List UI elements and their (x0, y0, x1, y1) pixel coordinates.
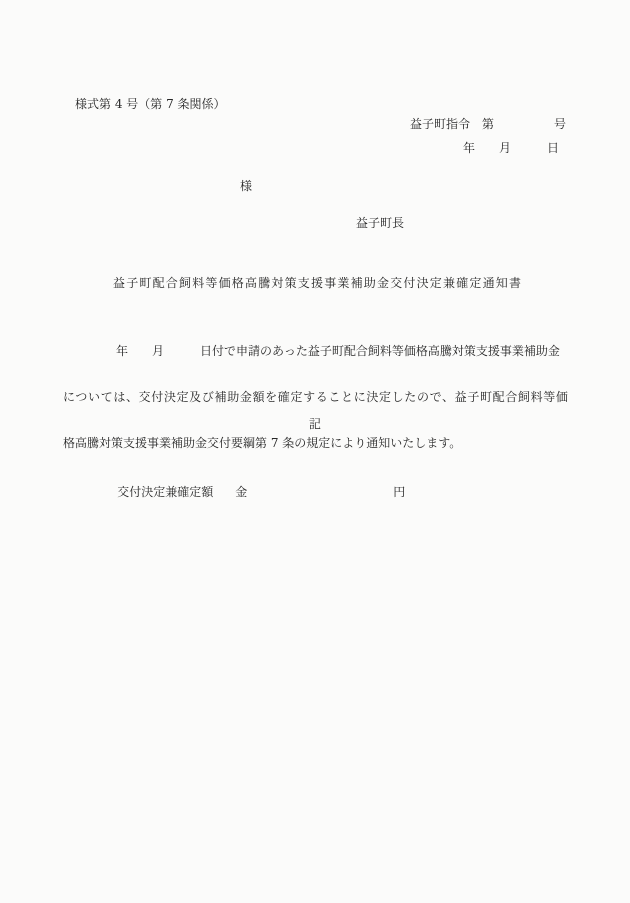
document-title: 益子町配合飼料等価格高騰対策支援事業補助金交付決定兼確定通知書 (113, 277, 522, 289)
amount-unit: 円 (393, 485, 405, 499)
issue-date-line: 年 月 日 (463, 142, 559, 154)
body-line-3: 格高騰対策支援事業補助金交付要綱第 7 条の規定により通知いたします。 (63, 432, 583, 454)
amount-label: 交付決定兼確定額 (117, 485, 213, 499)
body-paragraph: 年 月 日付で申請のあった益子町配合飼料等価格高騰対策支援事業補助金 については… (63, 316, 583, 478)
body-line-1: 年 月 日付で申請のあった益子町配合飼料等価格高騰対策支援事業補助金 (63, 340, 583, 362)
directive-number-line: 益子町指令 第 号 (410, 118, 566, 130)
record-marker: 記 (0, 418, 630, 430)
document-page: 様式第 4 号（第 7 条関係） 益子町指令 第 号 年 月 日 様 益子町長 … (0, 0, 630, 903)
body-line-2: については、交付決定及び補助金額を確定することに決定したので、益子町配合飼料等価 (63, 386, 583, 408)
addressee-honorific: 様 (240, 180, 252, 192)
form-number: 様式第 4 号（第 7 条関係） (75, 98, 226, 110)
amount-line: 交付決定兼確定額金円 (102, 474, 405, 510)
sender-title: 益子町長 (356, 217, 404, 229)
amount-currency-prefix: 金 (235, 485, 247, 499)
